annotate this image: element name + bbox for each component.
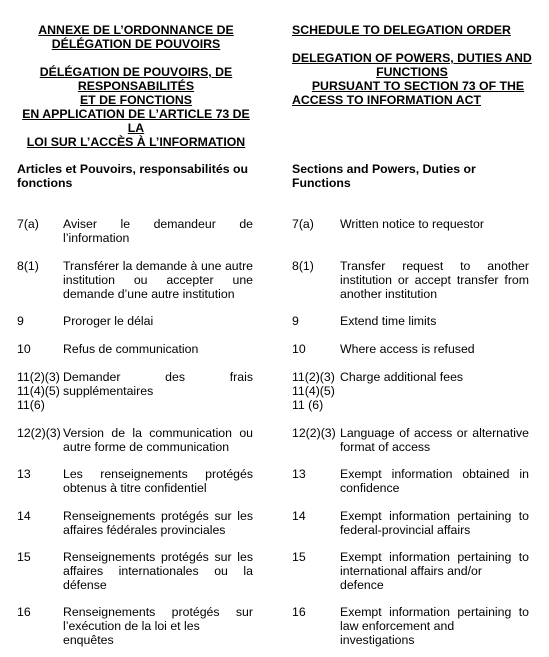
power-description: Refus de communication <box>63 342 253 356</box>
french-subtitle-line: DÉLÉGATION DE POUVOIRS, DE <box>17 65 255 79</box>
french-title-line: DÉLÉGATION DE POUVOIRS <box>17 37 255 51</box>
power-description-line: Exempt information pertaining to <box>340 550 529 564</box>
section-number: 8(1) <box>17 259 39 273</box>
power-description-line: Renseignements protégés sur les <box>63 509 253 523</box>
section-number-line: 15 <box>17 550 31 564</box>
power-description-line: obtenus à titre confidentiel <box>63 481 253 495</box>
power-description-line: Exempt information pertaining to <box>340 509 529 523</box>
french-title-line: ANNEXE DE L’ORDONNANCE DE <box>17 23 255 37</box>
section-number-line: 14 <box>17 509 31 523</box>
power-description-line: affaires internationales ou la <box>63 564 253 578</box>
power-description-line: Exempt information obtained in <box>340 467 529 481</box>
power-description: Exempt information obtained inconfidence <box>340 467 529 495</box>
section-number: 13 <box>17 467 31 481</box>
power-description-line: affaires fédérales provinciales <box>63 523 253 537</box>
power-description: Renseignements protégés sur lesaffaires … <box>63 550 253 592</box>
section-number-line: 12(2)(3) <box>292 426 336 440</box>
section-number: 12(2)(3) <box>292 426 336 440</box>
section-number: 14 <box>292 509 306 523</box>
power-description-line: format of access <box>340 440 529 454</box>
section-number-line: 14 <box>292 509 306 523</box>
power-description-line: Version de la communication ou <box>63 426 253 440</box>
english-title-line: SCHEDULE TO DELEGATION ORDER <box>292 23 532 37</box>
section-number: 7(a) <box>17 217 39 231</box>
power-description-line: l’information <box>63 231 253 245</box>
power-description-line: Extend time limits <box>340 314 529 328</box>
section-number: 8(1) <box>292 259 314 273</box>
french-subtitle-line: RESPONSABILITÉS <box>17 79 255 93</box>
french-subtitle-line: LA <box>17 121 255 135</box>
power-description-line: Transférer la demande à une autre <box>63 259 253 273</box>
section-number-line: 10 <box>17 342 31 356</box>
french-subtitle-line: LOI SUR L’ACCÈS À L’INFORMATION <box>17 135 255 149</box>
section-number-line: 11 (6) <box>292 398 335 412</box>
power-description: Transfer request to anotherinstitution o… <box>340 259 529 301</box>
section-number-line: 16 <box>292 605 306 619</box>
section-number-line: 9 <box>17 314 24 328</box>
french-column-header: Articles et Pouvoirs, responsabilités ou… <box>17 162 267 190</box>
section-number-line: 12(2)(3) <box>17 426 61 440</box>
section-number-line: 15 <box>292 550 306 564</box>
power-description: Written notice to requestor <box>340 217 529 231</box>
section-number-line: 8(1) <box>17 259 39 273</box>
power-description-line: autre forme de communication <box>63 440 253 454</box>
english-subtitle-line: ACCESS TO INFORMATION ACT <box>292 93 532 107</box>
section-number: 12(2)(3) <box>17 426 61 440</box>
section-number-line: 11(2)(3) <box>292 370 335 384</box>
power-description-line: Charge additional fees <box>340 370 529 384</box>
section-number: 13 <box>292 467 306 481</box>
section-number: 9 <box>292 314 299 328</box>
section-number-line: 16 <box>17 605 31 619</box>
power-description: Where access is refused <box>340 342 529 356</box>
english-column-header-line: Sections and Powers, Duties or <box>292 162 542 176</box>
section-number: 10 <box>292 342 306 356</box>
power-description: Renseignements protégés surl’exécution d… <box>63 605 253 647</box>
power-description-line: institution or accept transfer from <box>340 273 529 287</box>
power-description: Demander des fraissupplémentaires <box>63 370 253 398</box>
power-description-line: supplémentaires <box>63 384 253 398</box>
english-subtitle-line: PURSUANT TO SECTION 73 OF THE <box>292 79 532 93</box>
section-number: 16 <box>292 605 306 619</box>
power-description-line: institution ou accepter une <box>63 273 253 287</box>
english-subtitle-line: FUNCTIONS <box>292 65 532 79</box>
power-description-line: Aviser le demandeur de <box>63 217 253 231</box>
section-number: 15 <box>292 550 306 564</box>
power-description: Charge additional fees <box>340 370 529 384</box>
english-subtitle: DELEGATION OF POWERS, DUTIES AND FUNCTIO… <box>292 51 532 107</box>
english-column-header: Sections and Powers, Duties or Functions <box>292 162 542 190</box>
power-description-line: Language of access or alternative <box>340 426 529 440</box>
power-description: Exempt information pertaining tofederal-… <box>340 509 529 537</box>
power-description: Renseignements protégés sur lesaffaires … <box>63 509 253 537</box>
power-description-line: Exempt information pertaining to <box>340 605 529 619</box>
section-number: 15 <box>17 550 31 564</box>
power-description-line: Written notice to requestor <box>340 217 529 231</box>
section-number-line: 13 <box>17 467 31 481</box>
english-title: SCHEDULE TO DELEGATION ORDER <box>292 23 532 37</box>
power-description-line: confidence <box>340 481 529 495</box>
power-description-line: défense <box>63 578 253 592</box>
french-subtitle-line: EN APPLICATION DE L’ARTICLE 73 DE <box>17 107 255 121</box>
french-column-header-line: Articles et Pouvoirs, responsabilités ou <box>17 162 267 176</box>
french-subtitle: DÉLÉGATION DE POUVOIRS, DE RESPONSABILIT… <box>17 65 255 149</box>
power-description: Version de la communication ouautre form… <box>63 426 253 454</box>
section-number: 7(a) <box>292 217 314 231</box>
french-subtitle-line: ET DE FONCTIONS <box>17 93 255 107</box>
french-title: ANNEXE DE L’ORDONNANCE DE DÉLÉGATION DE … <box>17 23 255 51</box>
power-description: Exempt information pertaining tolaw enfo… <box>340 605 529 647</box>
section-number-line: 11(2)(3) <box>17 370 60 384</box>
section-number: 11(2)(3)11(4)(5)11 (6) <box>292 370 335 412</box>
french-column-header-line: fonctions <box>17 176 267 190</box>
power-description: Language of access or alternativeformat … <box>340 426 529 454</box>
power-description-line: Proroger le délai <box>63 314 253 328</box>
section-number-line: 8(1) <box>292 259 314 273</box>
section-number-line: 13 <box>292 467 306 481</box>
power-description-line: law enforcement and investigations <box>340 619 529 647</box>
power-description-line: Transfer request to another <box>340 259 529 273</box>
power-description-line: demande d’une autre institution <box>63 287 253 301</box>
section-number-line: 7(a) <box>292 217 314 231</box>
power-description: Aviser le demandeur del’information <box>63 217 253 245</box>
power-description-line: Renseignements protégés sur les <box>63 550 253 564</box>
section-number-line: 11(6) <box>17 398 60 412</box>
power-description-line: federal-provincial affairs <box>340 523 529 537</box>
section-number-line: 9 <box>292 314 299 328</box>
power-description: Proroger le délai <box>63 314 253 328</box>
section-number: 10 <box>17 342 31 356</box>
power-description-line: Where access is refused <box>340 342 529 356</box>
power-description-line: Renseignements protégés sur <box>63 605 253 619</box>
section-number: 14 <box>17 509 31 523</box>
power-description-line: l’exécution de la loi et les enquêtes <box>63 619 253 647</box>
section-number: 16 <box>17 605 31 619</box>
power-description: Exempt information pertaining tointernat… <box>340 550 529 592</box>
section-number: 9 <box>17 314 24 328</box>
power-description-line: Les renseignements protégés <box>63 467 253 481</box>
section-number-line: 7(a) <box>17 217 39 231</box>
section-number: 11(2)(3)11(4)(5)11(6) <box>17 370 60 412</box>
english-subtitle-line: DELEGATION OF POWERS, DUTIES AND <box>292 51 532 65</box>
english-column-header-line: Functions <box>292 176 542 190</box>
power-description-line: Refus de communication <box>63 342 253 356</box>
power-description: Les renseignements protégésobtenus à tit… <box>63 467 253 495</box>
power-description-line: Demander des frais <box>63 370 253 384</box>
section-number-line: 11(4)(5) <box>17 384 60 398</box>
power-description: Transférer la demande à une autreinstitu… <box>63 259 253 301</box>
section-number-line: 11(4)(5) <box>292 384 335 398</box>
power-description-line: international affairs and/or defence <box>340 564 529 592</box>
power-description: Extend time limits <box>340 314 529 328</box>
power-description-line: another institution <box>340 287 529 301</box>
section-number-line: 10 <box>292 342 306 356</box>
